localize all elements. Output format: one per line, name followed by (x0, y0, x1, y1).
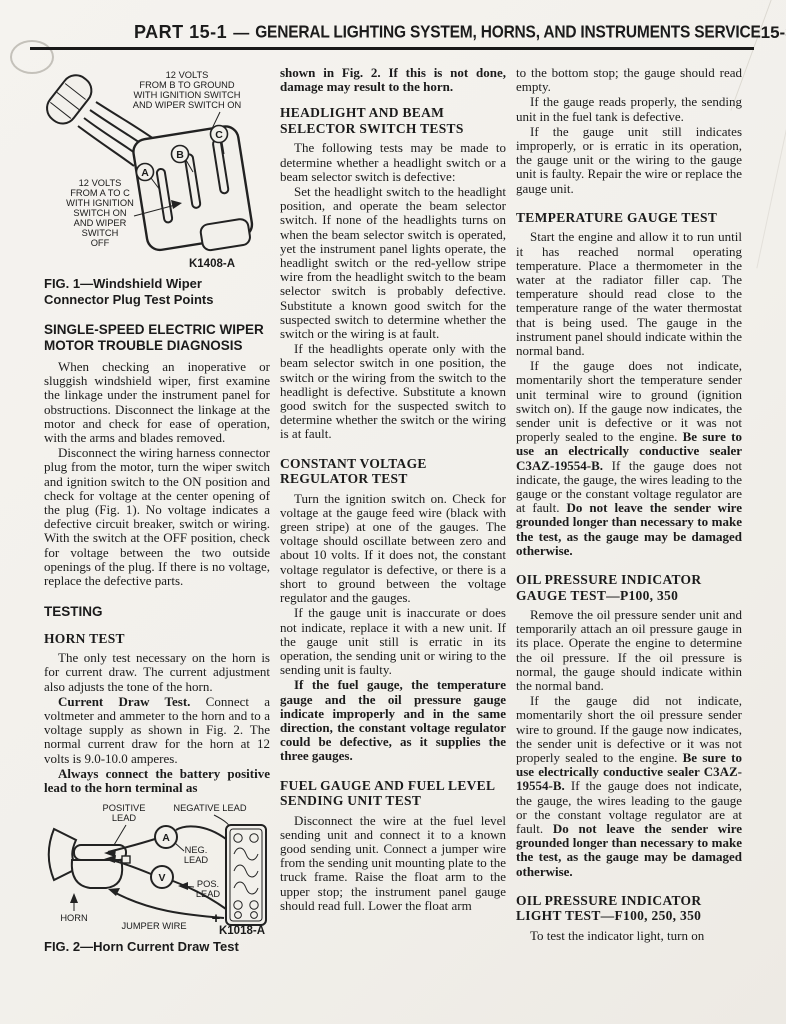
paragraph: Set the headlight switch to the headligh… (280, 185, 506, 341)
page-number: 15-3 (761, 23, 786, 43)
scan-artifact-line-2 (756, 112, 786, 269)
fig1-annotation-left-line6: SWITCH (82, 228, 119, 238)
paragraph-bold: Always connect the battery positive lead… (44, 767, 270, 795)
column-right: to the bottom stop; the gauge should rea… (516, 66, 742, 955)
fig2-caption: FIG. 2—Horn Current Draw Test (44, 939, 270, 955)
fig1-annotation-left-line4: SWITCH ON (73, 208, 126, 218)
fig2-label-neg-line2: LEAD (184, 855, 209, 865)
fig2-part-number: K1018-A (219, 925, 265, 935)
fig2-horn-test-diagram: POSITIVE LEAD NEGATIVE LEAD A (44, 801, 270, 935)
fig2-label-pos-line2: LEAD (196, 889, 221, 899)
fig1-annotation-top-line2: FROM B TO GROUND (139, 80, 234, 90)
paragraph: Remove the oil pressure sender unit and … (516, 608, 742, 693)
fig2-leader-positive (114, 825, 126, 845)
paragraph: If the gauge unit is inaccurate or does … (280, 606, 506, 677)
fig2-wire-negative (176, 827, 226, 840)
heading-fuel-gauge-sending-unit: FUEL GAUGE AND FUEL LEVEL SENDING UNIT T… (280, 778, 506, 809)
paragraph: Start the engine and allow it to run unt… (516, 230, 742, 358)
paragraph: When checking an inoperative or sluggish… (44, 360, 270, 445)
heading-single-speed-wiper-diagnosis: SINGLE-SPEED ELECTRIC WIPER MOTOR TROUBL… (44, 322, 270, 353)
fig2-label-horn: HORN (60, 913, 87, 923)
column-middle: shown in Fig. 2. If this is not done, da… (280, 66, 506, 955)
fig1-part-number: K1408-A (189, 258, 235, 270)
figure-1: 12 VOLTS FROM B TO GROUND WITH IGNITION … (44, 66, 270, 308)
fig2-label-neg-line1: NEG. (185, 845, 208, 855)
heading-headlight-beam-selector: HEADLIGHT AND BEAM SELECTOR SWITCH TESTS (280, 105, 506, 136)
fig2-fuse-block (226, 825, 266, 925)
paragraph: Disconnect the wiring harness connector … (44, 446, 270, 588)
heading-oil-pressure-light-test: OIL PRESSURE INDICATOR LIGHT TEST—F100, … (516, 893, 742, 924)
fig2-label-positive-line2: LEAD (112, 813, 137, 823)
heading-oil-pressure-gauge-test: OIL PRESSURE INDICATOR GAUGE TEST—P100, … (516, 572, 742, 603)
part-number-label: PART 15-1 (134, 22, 227, 43)
paragraph: to the bottom stop; the gauge should rea… (516, 66, 742, 94)
page-title: GENERAL LIGHTING SYSTEM, HORNS, AND INST… (255, 23, 760, 43)
fig2-arrow-horn-label (70, 893, 78, 903)
fig1-pin-b-label: B (176, 149, 184, 161)
page-header: PART 15-1 — GENERAL LIGHTING SYSTEM, HOR… (30, 22, 756, 43)
fig2-label-positive-line1: POSITIVE (103, 803, 146, 813)
figure-2: POSITIVE LEAD NEGATIVE LEAD A (44, 801, 270, 955)
manual-page: PART 15-1 — GENERAL LIGHTING SYSTEM, HOR… (0, 0, 786, 1024)
paragraph: Current Draw Test. Connect a voltmeter a… (44, 695, 270, 766)
fig1-caption: FIG. 1—Windshield Wiper Connector Plug T… (44, 276, 244, 308)
heading-testing: TESTING (44, 604, 270, 620)
heading-temperature-gauge-test: TEMPERATURE GAUGE TEST (516, 210, 742, 226)
header-separator: — (233, 25, 249, 43)
fig1-annotation-left-line5: AND WIPER (74, 218, 127, 228)
three-column-body: 12 VOLTS FROM B TO GROUND WITH IGNITION … (44, 66, 742, 955)
fig1-annotation-left-line2: FROM A TO C (70, 188, 130, 198)
fig2-label-negative: NEGATIVE LEAD (173, 803, 246, 813)
heading-horn-test: HORN TEST (44, 631, 270, 647)
paragraph: If the headlights operate only with the … (280, 342, 506, 441)
fig1-pin-a-label: A (141, 167, 149, 179)
fig2-label-jumper-wire: JUMPER WIRE (121, 921, 186, 931)
paragraph: The following tests may be made to deter… (280, 141, 506, 184)
fig1-wiper-connector-diagram: 12 VOLTS FROM B TO GROUND WITH IGNITION … (44, 66, 270, 272)
paragraph: If the gauge does not indicate, momentar… (516, 359, 742, 558)
paragraph: If the gauge unit still indicates improp… (516, 125, 742, 196)
fig2-ammeter-label: A (162, 832, 170, 844)
paragraph: The only test necessary on the horn is f… (44, 651, 270, 694)
paragraph-bold: If the fuel gauge, the temperature gauge… (280, 678, 506, 763)
fig1-annotation-left-line1: 12 VOLTS (79, 178, 122, 188)
bold-lead: Current Draw Test. (58, 694, 190, 709)
fig1-annotation-top-line3: WITH IGNITION SWITCH (134, 90, 241, 100)
fig1-annotation-top-line1: 12 VOLTS (166, 70, 209, 80)
column-left: 12 VOLTS FROM B TO GROUND WITH IGNITION … (44, 66, 270, 955)
paragraph: If the gauge did not indicate, momentari… (516, 694, 742, 879)
paragraph: If the gauge reads properly, the sending… (516, 95, 742, 123)
fig1-annotation-left-line3: WITH IGNITION (66, 198, 134, 208)
paragraph: Turn the ignition switch on. Check for v… (280, 492, 506, 606)
fig2-voltmeter-label: V (158, 872, 165, 884)
paragraph-bold: shown in Fig. 2. If this is not done, da… (280, 66, 506, 94)
fig1-annotation-left-line7: OFF (91, 238, 110, 248)
heading-constant-voltage-regulator: CONSTANT VOLTAGE REGULATOR TEST (280, 456, 506, 487)
fig1-wire-boot (44, 70, 97, 129)
fig1-connector-body (132, 125, 255, 260)
header-rule (30, 47, 754, 50)
fig2-label-pos-line1: POS. (197, 879, 219, 889)
fig1-annotation-top-line4: AND WIPER SWITCH ON (133, 100, 241, 110)
fig1-pin-c-label: C (215, 129, 223, 141)
fig2-leader-neg (175, 843, 184, 851)
paragraph: To test the indicator light, turn on (516, 929, 742, 943)
paragraph: Disconnect the wire at the fuel level se… (280, 814, 506, 913)
